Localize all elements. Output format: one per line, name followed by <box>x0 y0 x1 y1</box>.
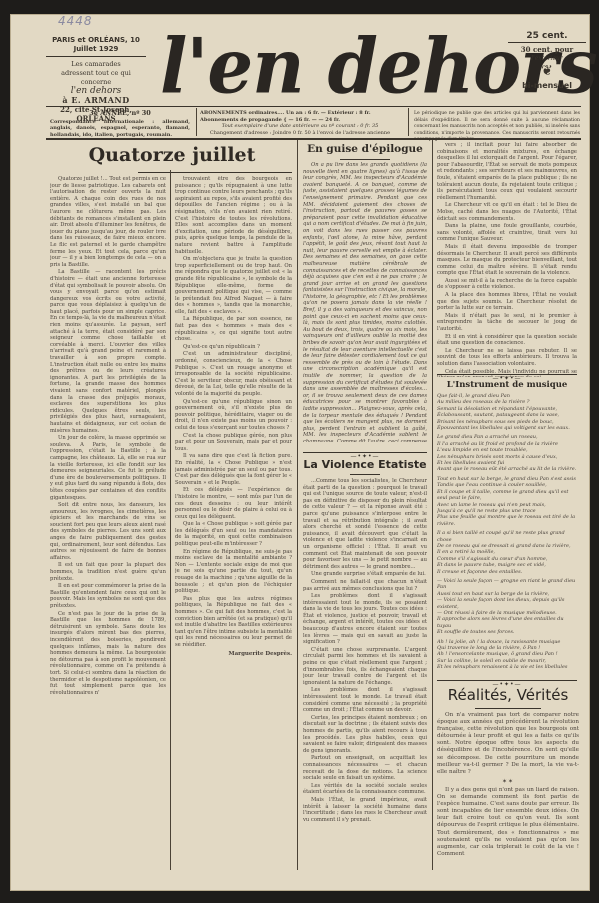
paragraph: Aussi se mit-il à la recherche de la for… <box>437 278 577 291</box>
column-divider <box>297 140 298 870</box>
paragraph: Et il en vint à considérer que la questi… <box>437 334 577 347</box>
paragraph: Quatorze juillet !... Tout est permis en… <box>50 176 166 268</box>
poem-stanza: Le grand dieu Pan a arraché un roseau,Il… <box>437 434 577 472</box>
paragraph: La République, de par son essence, ne fa… <box>175 316 292 342</box>
paragraph: Les problèmes dont il s'agissait intéres… <box>303 687 427 713</box>
info-left: 3e ANNÉE, nº 30 Correspondance internati… <box>50 110 190 138</box>
paragraph: C'est un administrateur discipliné, ordo… <box>175 351 292 397</box>
article-realites: On n'a vraiment pas tort de comparer not… <box>437 712 579 872</box>
paragraph: Ce n'est pas le jour de la prise de la B… <box>50 611 166 697</box>
article-violence: ...Comme tous les socialistes, le Cherch… <box>303 478 427 870</box>
paragraph: Mais il était devenu impossible de tromp… <box>437 244 577 277</box>
paragraph: Le Chercheur ne se laissa pas rebuter. I… <box>437 348 577 368</box>
article-epilogue: On a pu lire dans les grands quotidiens … <box>303 162 427 442</box>
paragraph: Pas plus que les autres régimes politiqu… <box>175 596 292 649</box>
poem-stanza: Il a si bien taillé et coupé qu'il ne re… <box>437 530 577 575</box>
price-ext-line1: 30 cent. pour <box>508 45 586 54</box>
subscription-line: Tout exemplaire d'une date antérieure au… <box>200 123 400 130</box>
title-rule <box>138 172 292 173</box>
paragraph: Qu'est-ce qu'un républicain ? <box>175 344 292 351</box>
paragraph: C'est la chose publique gérée, non plus … <box>175 433 292 453</box>
paragraph: En régime de République, ne suis-je pas … <box>175 549 292 595</box>
paragraph: Mais il n'était pas le seul, ni le premi… <box>437 313 577 333</box>
poem-stanza: — Voici la seule façon — grogne en riant… <box>437 578 577 636</box>
paragraph: Il va sans dire que c'est là fiction pur… <box>175 453 292 486</box>
ornament-logo-icon: ❦ <box>508 67 586 76</box>
paragraph: Que la « Chose publique » soit gérée par… <box>175 521 292 547</box>
paragraph: Et ces délégués — l'expérience de l'hist… <box>175 487 292 520</box>
epilogue-text: On a pu lire dans les grands quotidiens … <box>303 162 427 442</box>
paragraph: Un jour de colère, la masse opprimée se … <box>50 435 166 501</box>
paragraph: Qu'est-ce qu'une république sinon un gou… <box>175 399 292 432</box>
title-rule <box>350 474 380 475</box>
poem-stanza: Que fait-il, le grand dieu PanAu milieu … <box>437 393 577 431</box>
paragraph: Soit dit entre nous, les danseurs, les a… <box>50 502 166 561</box>
contact-line-1: Les camarades <box>46 60 146 69</box>
header-right-block: 25 cent. 30 cent. pour l'extérieur ❦ bi-… <box>508 32 586 90</box>
paragraph: On m'objectera que je traite la question… <box>175 256 292 315</box>
paragraph: Le Chercheur vit ce qu'il en était : tel… <box>437 202 577 222</box>
handwritten-number: 4448 <box>58 14 93 28</box>
paragraph: On n'a vraiment pas tort de comparer not… <box>437 712 579 776</box>
subscription-line: ABONNEMENTS ordinaires.... Un an : 6 fr.… <box>200 110 400 117</box>
headline-realites-verites: Réalités, Vérités <box>435 686 581 704</box>
correspondence: Correspondance internationale : allemand… <box>50 119 190 139</box>
paragraph: Certes, les principes étaient nombreux ;… <box>303 715 427 755</box>
headline-instrument-de-musique: L'Instrument de musique <box>437 380 577 390</box>
price-ext-line2: l'extérieur <box>508 54 586 63</box>
quatorze-signature: Marguerite Desprès. <box>175 651 292 658</box>
section-ornament: ✶✶ <box>437 778 579 785</box>
poem-stanza: Ah ! la jolie, ah ! la douce, la ravissa… <box>437 639 577 671</box>
subscriptions: ABONNEMENTS ordinaires.... Un an : 6 fr.… <box>200 110 400 136</box>
divider <box>196 108 197 136</box>
date-line: PARIS et ORLÉANS, 10 Juillet 1929 <box>46 36 146 57</box>
contact-line-2: adressent tout ce qui concerne <box>46 69 146 87</box>
issue-number: 3e ANNÉE, nº 30 <box>50 110 190 117</box>
paragraph: vers ; il incitait pour lui faire absorb… <box>437 142 577 201</box>
paragraph: trouvaient être des bourgeois en puissan… <box>175 176 292 255</box>
title-rule <box>475 708 541 709</box>
column-divider <box>170 170 171 870</box>
paragraph: Il y a des gens qui n'ont pas un liard d… <box>437 787 579 858</box>
poem-stanza: Tout en haut sur la berge, le grand dieu… <box>437 476 577 527</box>
frequency: bi-mensuel <box>508 81 586 90</box>
paragraph: Dans la plaine, une foule grouillante, c… <box>437 223 577 243</box>
article-quatorze-col1: Quatorze juillet !... Tout est permis en… <box>50 176 166 866</box>
paragraph: A la place des hommes libres, l'État ne … <box>437 292 577 312</box>
paragraph: Comment ne fallait-il que chacun n'était… <box>303 579 427 592</box>
paragraph: Une grande surprise s'était emparée de l… <box>303 571 427 578</box>
paragraph: ...Comme tous les socialistes, le Cherch… <box>303 478 427 570</box>
paragraph: Il en est pour commémorer la prise de la… <box>50 583 166 609</box>
paragraph: La Bastille — racontent les précis d'his… <box>50 269 166 434</box>
column-divider <box>432 140 433 870</box>
paragraph: Il est un fait que pour la plupart des h… <box>50 562 166 582</box>
paragraph: C'était une chose surprenante. L'argent … <box>303 647 427 687</box>
paragraph: Mais l'État, le grand impérieux, avait i… <box>303 797 427 823</box>
paragraph: Partout on enseignait, on acquittait les… <box>303 755 427 781</box>
article-violence-continued: vers ; il incitait pour lui faire absorb… <box>437 142 577 377</box>
subscription-line: Changement d'adresse : Joindre 0 fr. 50 … <box>200 130 400 137</box>
headline-quatorze-juillet: Quatorze juillet <box>52 144 292 166</box>
divider <box>408 108 409 136</box>
header-rule <box>46 106 581 107</box>
paragraph: Les problèmes dont il s'agissait intéres… <box>303 593 427 646</box>
article-quatorze-col2: trouvaient être des bourgeois en puissan… <box>175 176 292 876</box>
headline-violence-etatiste: La Violence Etatiste <box>300 458 430 471</box>
headline-epilogue: En guise d'épilogue <box>300 143 430 155</box>
title-rule <box>340 159 390 160</box>
price: 25 cent. <box>508 32 586 43</box>
notice: Le périodique ne publie que des articles… <box>414 111 580 144</box>
editor-name: à E. ARMAND <box>46 96 146 105</box>
poem-instrument: Que fait-il, le grand dieu PanAu milieu … <box>437 393 577 671</box>
paragraph: Les vérités de la société sociale seules… <box>303 783 427 796</box>
